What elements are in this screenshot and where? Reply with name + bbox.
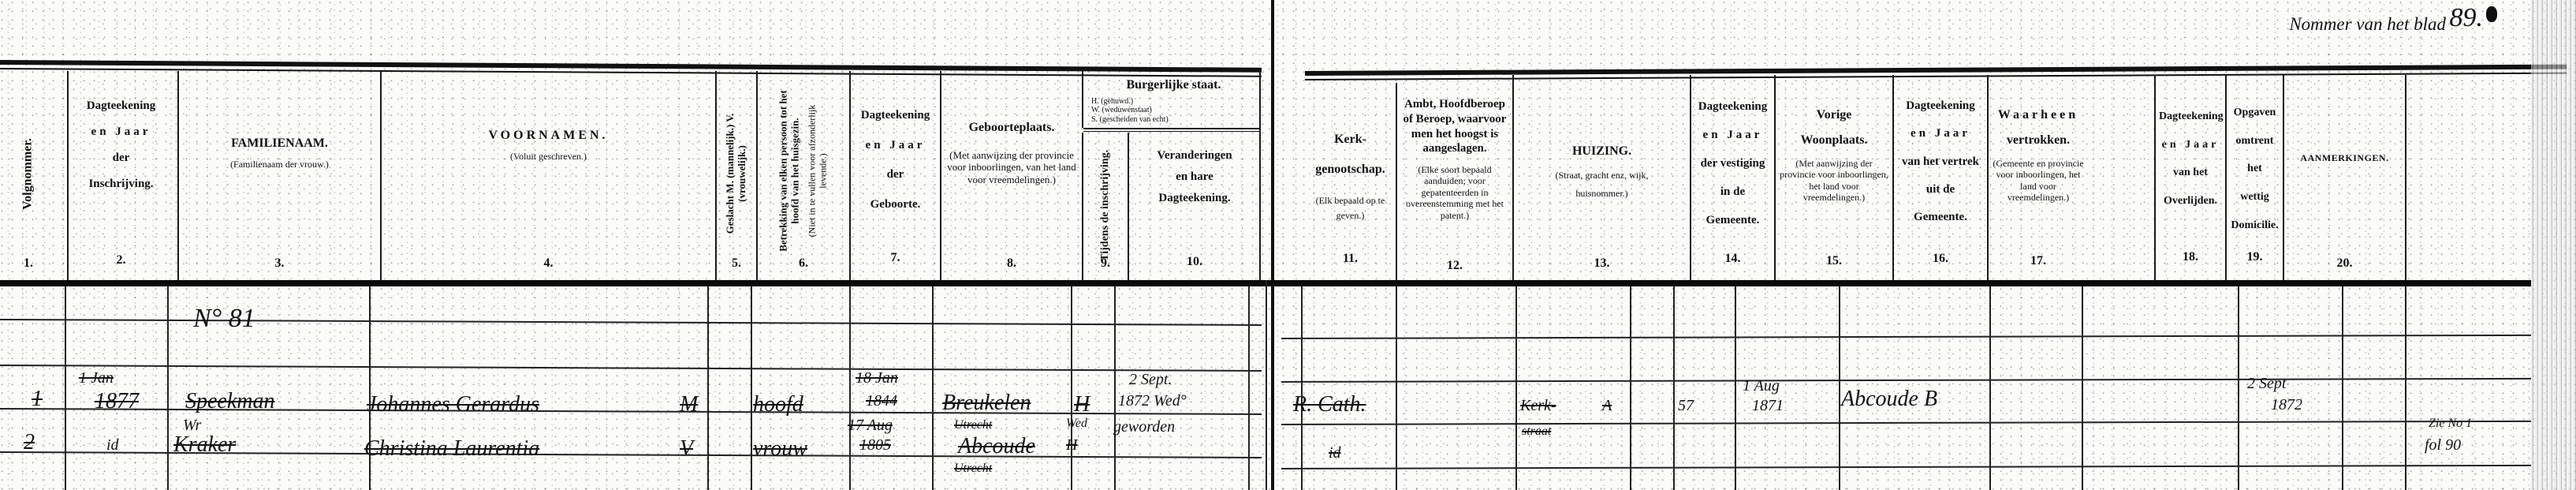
- col-title-text: Geslacht: [724, 195, 736, 233]
- col-line: Gemeente.: [1897, 204, 1984, 231]
- col-number: 15.: [1776, 249, 1892, 274]
- legend-gehuwd: H. (gehuwd.): [1091, 97, 1256, 107]
- col-number: 16.: [1894, 244, 1987, 274]
- row1-geboorteplaats: Breukelen: [942, 391, 1031, 416]
- row1-huizing-street: Kerk-: [1520, 397, 1556, 415]
- col-line: en Jaar: [854, 131, 937, 161]
- col-title: Tijdens de inschrijving.: [1099, 142, 1112, 268]
- col-line: Waarheen: [1992, 103, 2085, 128]
- row1-veranderingen-year: 1872 Wed°: [1118, 392, 1187, 410]
- col-line: van het vertrek: [1897, 148, 1984, 176]
- col-header-inschrijving: Dagteekening en Jaar der Inschrijving. 2…: [67, 71, 173, 280]
- col-line: Domicilie.: [2230, 211, 2280, 240]
- col-header-waarheen: Waarheen vertrokken. (Gemeente en provin…: [1987, 75, 2088, 280]
- col-line: Overlijden.: [2159, 187, 2222, 215]
- col-line: uit de: [1897, 176, 1984, 204]
- row2-geboorteplaats: Abcoude: [958, 434, 1035, 459]
- grid-hline: [1281, 465, 2531, 469]
- col-line: en Jaar: [1897, 120, 1984, 148]
- col-line: omtrent het: [2230, 127, 2280, 183]
- grid-vline: [167, 286, 169, 490]
- col-line: en hare: [1132, 166, 1257, 188]
- grid-hline: [1281, 378, 2531, 383]
- col-title: Geslacht M. (mannelijk.) V. (vrouwelijk.…: [725, 87, 748, 260]
- grid-vline: [1114, 286, 1116, 490]
- grid-vline: [1673, 286, 1675, 490]
- col-number: 10.: [1129, 251, 1260, 274]
- col-line: Dagteekening: [2159, 103, 2222, 131]
- grid-hline: [1281, 335, 2531, 339]
- grid-vline: [707, 286, 709, 490]
- page-edge: [2531, 0, 2576, 490]
- col-header-geslacht: Geslacht M. (mannelijk.) V. (vrouwelijk.…: [715, 71, 756, 280]
- grid-hline: [0, 319, 1262, 325]
- row2-voornamen: Christina Laurentia: [364, 436, 539, 462]
- col-number: 11.: [1305, 244, 1396, 274]
- col-number: 19.: [2227, 241, 2283, 274]
- col-header-aanmerkingen: AANMERKINGEN. 20.: [2283, 75, 2405, 280]
- row1-inschrijving-year: 1877: [95, 389, 139, 414]
- col-number: 5.: [717, 254, 756, 274]
- col-number: 13.: [1514, 254, 1690, 274]
- col-line: van het: [2159, 159, 2222, 187]
- row2-veranderingen: geworden: [1113, 418, 1175, 436]
- household-marker: N° 81: [193, 304, 255, 334]
- grid-vline: [1301, 286, 1303, 490]
- col-line: Gemeente.: [1694, 206, 1771, 234]
- row1-geboorte-day: 18 Jan: [856, 369, 898, 387]
- col-header-vorige-woonplaats: Vorige Woonplaats. (Met aanwijzing der p…: [1774, 75, 1892, 280]
- col-header-volgnummer: Volgnommer. 1.: [0, 71, 57, 280]
- row1-voornamen: Johannes Gerardus: [367, 392, 539, 417]
- col-title: Volgnommer.: [19, 138, 39, 210]
- col-title: AANMERKINGEN.: [2287, 151, 2402, 166]
- col-title-text: Betrekking van elken persoon tot het hoo…: [778, 88, 802, 253]
- row1-overlijden-day: 2 Sept: [2247, 375, 2286, 393]
- col-header-burgerlijke-staat-group: Burgerlijke staat. H. (gehuwd.) W. (wedu…: [1082, 71, 1259, 128]
- row1-geslacht: M: [680, 392, 698, 417]
- col-header-geboorteplaats: Geboorteplaats. (Met aanwijzing der prov…: [940, 71, 1082, 280]
- legend-weduwenstaat: W. (weduwenstaat): [1091, 106, 1256, 115]
- grid-vline: [1735, 286, 1736, 490]
- col-number: 18.: [2156, 241, 2225, 274]
- grid-vline: [65, 286, 66, 490]
- row2-aanmerking-ref: Zie No 1: [2429, 417, 2472, 431]
- grid-hline: [1281, 421, 2531, 425]
- page-number-label: Nommer van het blad: [2289, 14, 2446, 35]
- col-header-vestiging: Dagteekening en Jaar der vestiging in de…: [1690, 75, 1774, 280]
- book-gutter: [1271, 0, 1274, 490]
- col-subtitle: (Straat, gracht enz, wijk, huisnommer.): [1517, 166, 1687, 203]
- row2-geboorte-year: 1805: [859, 436, 891, 454]
- col-line: vertrokken.: [1992, 128, 2085, 153]
- col-header-vertrek: Dagteekening en Jaar van het vertrek uit…: [1892, 75, 1987, 280]
- row2-betrekking: vrouw: [753, 436, 807, 462]
- col-line: Opgaven: [2230, 99, 2280, 127]
- row1-kerkgenootschap: R. Cath.: [1293, 392, 1366, 417]
- col-line: der: [72, 145, 170, 171]
- grid-vline: [1515, 286, 1517, 490]
- row1-huizing-street-2: straat: [1522, 425, 1551, 439]
- row2-geboorteprovincie: Utrecht: [954, 462, 992, 476]
- col-header-betrekking: Betrekking van elken persoon tot het hoo…: [756, 71, 849, 280]
- col-title: Geboorteplaats.: [945, 118, 1079, 138]
- col-subtitle: (Familienaam der vrouw.): [182, 159, 377, 170]
- grid-vline: [1071, 286, 1072, 490]
- col-subtitle: (Met aanwijzing der provincie voor inboo…: [945, 149, 1079, 186]
- row2-geslacht: V: [680, 436, 693, 462]
- col-line: en Jaar: [1694, 121, 1771, 149]
- col-line: Geboorte.: [854, 190, 937, 220]
- grid-vline: [2082, 286, 2083, 490]
- col-number: 12.: [1397, 258, 1512, 274]
- ink-blot: [2486, 6, 2497, 22]
- row1-veranderingen-date: 2 Sept.: [1129, 371, 1172, 389]
- col-line: wettig: [2230, 183, 2280, 211]
- col-line: Veranderingen: [1132, 145, 1257, 166]
- book-gutter-inner: [1266, 280, 1267, 490]
- col-subtitle: (Elke soort bepaald aanduiden; voor gepa…: [1400, 164, 1509, 221]
- grid-vline: [1248, 286, 1250, 490]
- col-subtitle: (Niet in te vullen voor afzonderlijk lev…: [807, 88, 829, 253]
- col-line: Inschrijving.: [72, 171, 170, 197]
- grid-vline: [932, 286, 934, 490]
- grid-vline: [1989, 286, 1991, 490]
- col-number: 20.: [2284, 254, 2405, 274]
- col-subtitle: (Elk bepaald op te geven.): [1308, 193, 1392, 223]
- col-title: VOORNAMEN.: [385, 126, 712, 146]
- col-title: HUIZING.: [1517, 142, 1687, 162]
- col-header-overlijden: Dagteekening en Jaar van het Overlijden.…: [2154, 75, 2225, 280]
- col-line: Dagteekening: [1694, 92, 1771, 121]
- col-number: 8.: [941, 254, 1082, 274]
- col-subtitle: (Gemeente en provincie voor inboorlingen…: [1992, 158, 2085, 204]
- col-line: in de: [1694, 178, 1771, 206]
- col-line: der: [854, 160, 937, 190]
- col-border: [1259, 71, 1261, 280]
- row1-geboorte-year: 1844: [866, 392, 897, 410]
- row1-geboorteprovincie: Utrecht: [954, 418, 992, 432]
- col-number: 3.: [179, 254, 380, 274]
- col-title: Ambt, Hoofdberoep of Beroep, waarvoor me…: [1400, 97, 1509, 156]
- col-line: Dagteekening.: [1132, 188, 1257, 209]
- col-number: 4.: [382, 254, 715, 274]
- row2-staat-extra: Wed: [1066, 417, 1087, 431]
- col-line: Dagteekening: [854, 101, 937, 131]
- col-line: Kerk-: [1308, 125, 1392, 155]
- col-header-domicilie: Opgaven omtrent het wettig Domicilie. 19…: [2225, 75, 2283, 280]
- col-header-tijdens-inschrijving: Tijdens de inschrijving. 9.: [1082, 133, 1128, 280]
- col-number: 1.: [0, 254, 57, 274]
- col-line: Dagteekening: [72, 93, 170, 119]
- row2-kerkgenootschap: id: [1329, 444, 1341, 462]
- col-line: Vorige: [1779, 103, 1889, 128]
- col-line: en Jaar: [2159, 131, 2222, 159]
- grid-vline: [751, 286, 752, 490]
- group-divider-thin: [1083, 131, 1259, 132]
- col-line: Dagteekening: [1897, 92, 1984, 120]
- row2-staat: H: [1066, 436, 1077, 454]
- row1-volgnummer: 1: [32, 387, 43, 412]
- col-header-beroep: Ambt, Hoofdberoep of Beroep, waarvoor me…: [1396, 83, 1512, 280]
- col-number: 2.: [69, 246, 173, 274]
- grid-vline: [849, 286, 851, 490]
- row1-betrekking: hoofd: [753, 392, 803, 417]
- row1-inschrijving-day: 1 Jan: [79, 369, 114, 387]
- col-line: der vestiging: [1694, 149, 1771, 178]
- col-number: 6.: [758, 254, 849, 274]
- row1-staat: H: [1074, 392, 1090, 417]
- page-number-value: 89.: [2450, 3, 2484, 33]
- col-subtitle: (Met aanwijzing der provincie voor inboo…: [1779, 158, 1889, 204]
- col-header-veranderingen: Veranderingen en hare Dagteekening. 10.: [1128, 133, 1260, 280]
- grid-hline: [0, 365, 1262, 371]
- row1-overlijden-year: 1872: [2271, 396, 2302, 414]
- col-line: Woonplaats.: [1779, 128, 1889, 153]
- grid-vline: [2238, 286, 2239, 490]
- group-divider: [1083, 128, 1259, 129]
- grid-vline: [2342, 286, 2343, 490]
- col-number: 9.: [1083, 254, 1128, 274]
- col-title: FAMILIENAAM.: [182, 134, 377, 154]
- col-number: 14.: [1691, 244, 1774, 274]
- row2-geboorte-day: 17 Aug: [848, 417, 893, 435]
- row1-huizing-wijk: A: [1602, 397, 1612, 415]
- row2-volgnummer: 2: [24, 430, 35, 455]
- row1-familienaam: Speekman: [185, 389, 275, 414]
- col-number: 17.: [1989, 249, 2088, 274]
- col-header-voornamen: VOORNAMEN. (Voluit geschreven.) 4.: [380, 71, 715, 280]
- group-legend: H. (gehuwd.) W. (weduwenstaat) S. (gesch…: [1091, 97, 1256, 125]
- col-header-huizing: HUIZING. (Straat, gracht enz, wijk, huis…: [1512, 75, 1690, 280]
- col-header-familienaam: FAMILIENAAM. (Familienaam der vrouw.) 3.: [177, 71, 380, 280]
- row1-vorige-woonplaats: Abcoude B: [1841, 387, 1937, 412]
- col-subtitle: (Voluit geschreven.): [385, 151, 712, 162]
- col-title: Betrekking van elken persoon tot het hoo…: [778, 88, 829, 253]
- col-subtitle: M. (mannelijk.) V. (vrouwelijk.): [724, 113, 747, 201]
- row2-aanmerking-folio: fol 90: [2425, 436, 2461, 454]
- row2-familienaam: Kraker: [173, 432, 236, 458]
- col-header-geboorte: Dagteekening en Jaar der Geboorte. 7.: [849, 71, 940, 280]
- row2-inschrijving: id: [106, 436, 119, 454]
- grid-vline: [1630, 286, 1631, 490]
- row1-vestiging-day: 1 Aug: [1743, 377, 1780, 395]
- col-line: genootschap.: [1308, 155, 1392, 185]
- col-header-kerkgenootschap: Kerk- genootschap. (Elk bepaald op te ge…: [1305, 87, 1396, 280]
- grid-vline: [1839, 286, 1840, 490]
- legend-gescheiden: S. (gescheiden van echt): [1091, 115, 1256, 125]
- grid-vline: [1396, 286, 1397, 490]
- row1-vestiging-year: 1871: [1752, 397, 1784, 415]
- col-line: en Jaar: [72, 119, 170, 145]
- row1-huizing-nummer: 57: [1678, 397, 1694, 415]
- col-number: 7.: [851, 242, 940, 274]
- group-title: Burgerlijke staat.: [1091, 76, 1256, 95]
